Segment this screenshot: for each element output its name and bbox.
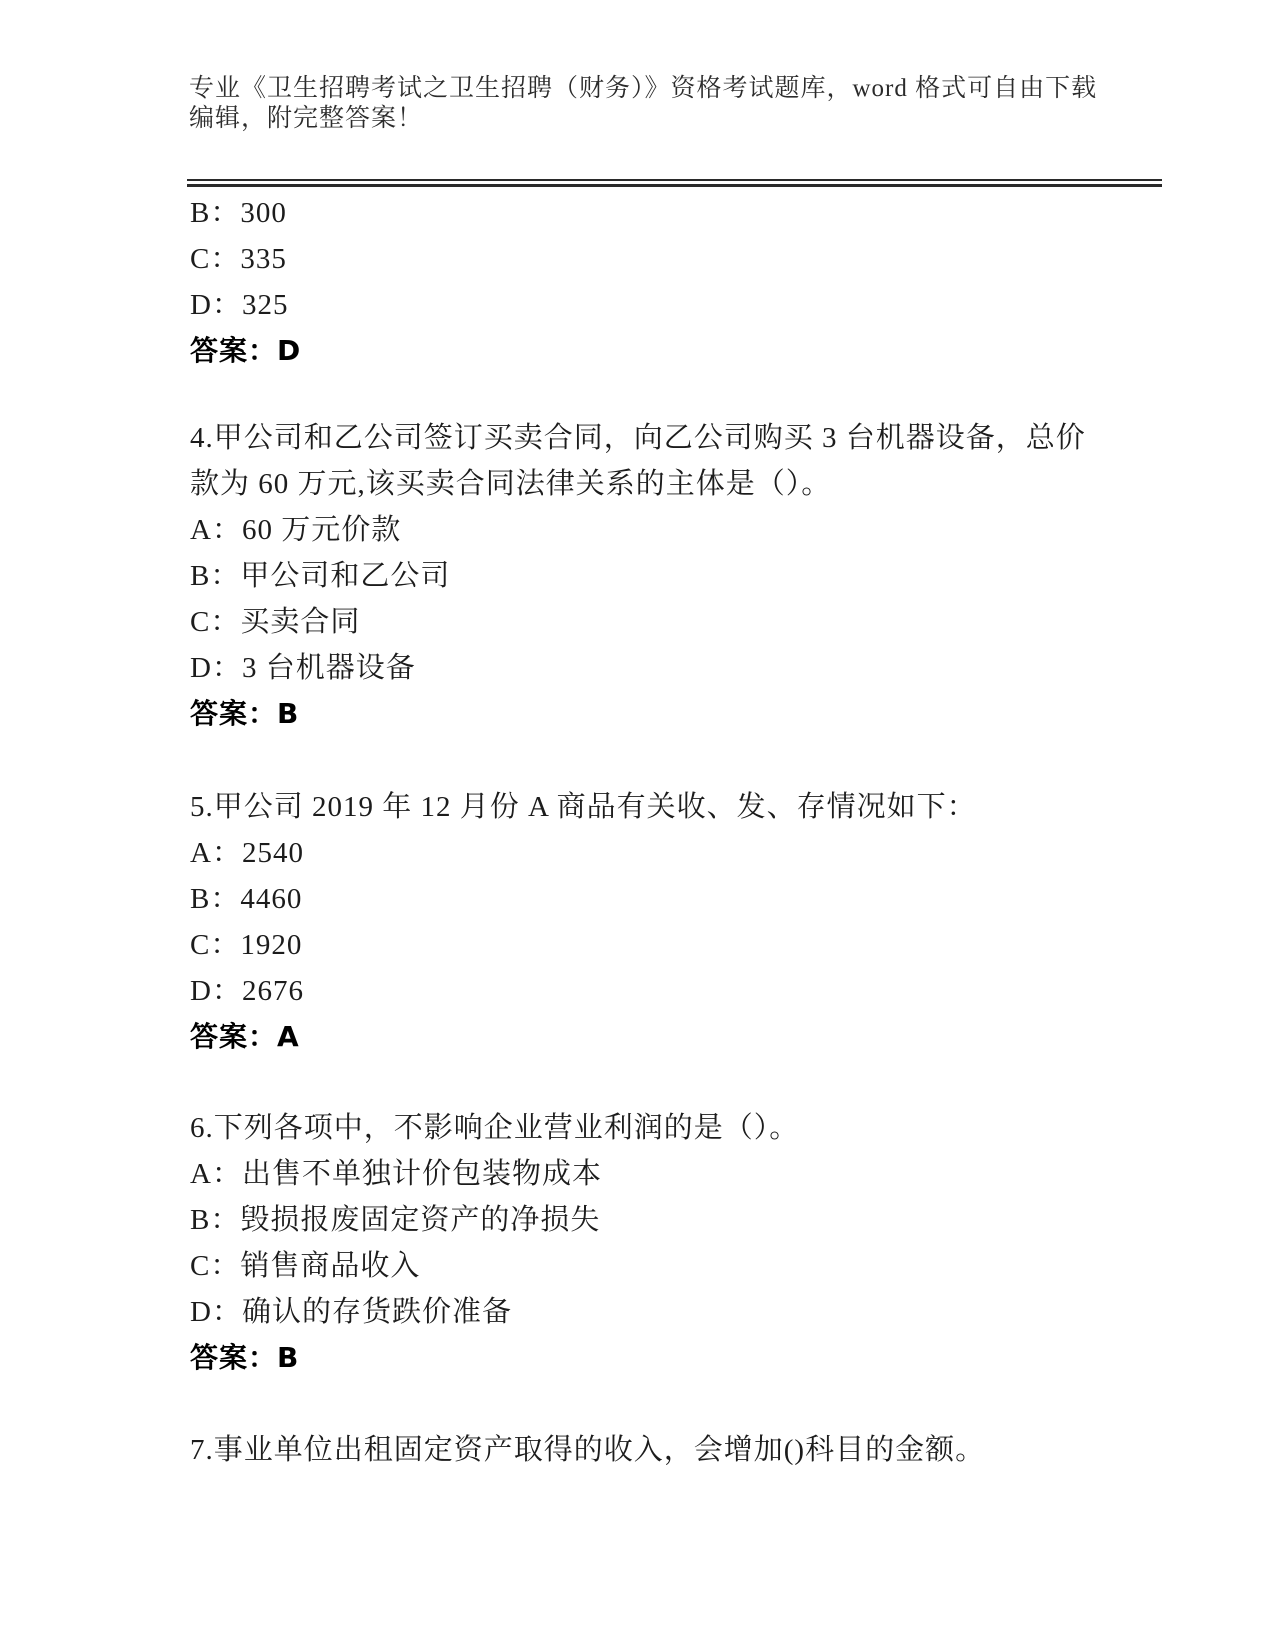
question-block-partial: B：300 C：335 D：325 答案：D bbox=[190, 190, 301, 374]
option-line: D：3 台机器设备 bbox=[190, 645, 1086, 691]
question-block-7: 7.事业单位出租固定资产取得的收入，会增加()科目的金额。 bbox=[190, 1427, 985, 1473]
page-header: 专业《卫生招聘考试之卫生招聘（财务）》资格考试题库，word 格式可自由下载 编… bbox=[189, 74, 1099, 134]
option-line: C：1920 bbox=[190, 922, 977, 968]
header-divider-rule bbox=[187, 179, 1162, 187]
question-text-line: 5.甲公司 2019 年 12 月份 A 商品有关收、发、存情况如下： bbox=[190, 784, 977, 830]
option-line: B：4460 bbox=[190, 876, 977, 922]
option-line: B：300 bbox=[190, 190, 301, 236]
option-line: D：确认的存货跌价准备 bbox=[190, 1289, 799, 1335]
option-line: C：335 bbox=[190, 236, 301, 282]
option-line: A：60 万元价款 bbox=[190, 507, 1086, 553]
question-block-6: 6.下列各项中，不影响企业营业利润的是（）。 A：出售不单独计价包装物成本 B：… bbox=[190, 1105, 799, 1381]
answer-line: 答案：B bbox=[190, 1335, 799, 1381]
answer-line: 答案：B bbox=[190, 691, 1086, 737]
question-text-line: 7.事业单位出租固定资产取得的收入，会增加()科目的金额。 bbox=[190, 1427, 985, 1473]
option-line: B：甲公司和乙公司 bbox=[190, 553, 1086, 599]
option-line: D：2676 bbox=[190, 968, 977, 1014]
option-line: C：销售商品收入 bbox=[190, 1243, 799, 1289]
question-block-5: 5.甲公司 2019 年 12 月份 A 商品有关收、发、存情况如下： A：25… bbox=[190, 784, 977, 1060]
answer-line: 答案：D bbox=[190, 328, 301, 374]
answer-line: 答案：A bbox=[190, 1014, 977, 1060]
option-line: A：出售不单独计价包装物成本 bbox=[190, 1151, 799, 1197]
question-text-line: 4.甲公司和乙公司签订买卖合同，向乙公司购买 3 台机器设备，总价 bbox=[190, 415, 1086, 461]
option-line: B：毁损报废固定资产的净损失 bbox=[190, 1197, 799, 1243]
option-line: A：2540 bbox=[190, 830, 977, 876]
document-page: 专业《卫生招聘考试之卫生招聘（财务）》资格考试题库，word 格式可自由下载 编… bbox=[0, 0, 1275, 1650]
header-text-line: 专业《卫生招聘考试之卫生招聘（财务）》资格考试题库，word 格式可自由下载 bbox=[189, 74, 1099, 104]
question-text-line: 6.下列各项中，不影响企业营业利润的是（）。 bbox=[190, 1105, 799, 1151]
header-text-line: 编辑，附完整答案！ bbox=[189, 104, 1099, 134]
question-text-line: 款为 60 万元,该买卖合同法律关系的主体是（）。 bbox=[190, 461, 1086, 507]
option-line: D：325 bbox=[190, 282, 301, 328]
option-line: C：买卖合同 bbox=[190, 599, 1086, 645]
question-block-4: 4.甲公司和乙公司签订买卖合同，向乙公司购买 3 台机器设备，总价 款为 60 … bbox=[190, 415, 1086, 737]
